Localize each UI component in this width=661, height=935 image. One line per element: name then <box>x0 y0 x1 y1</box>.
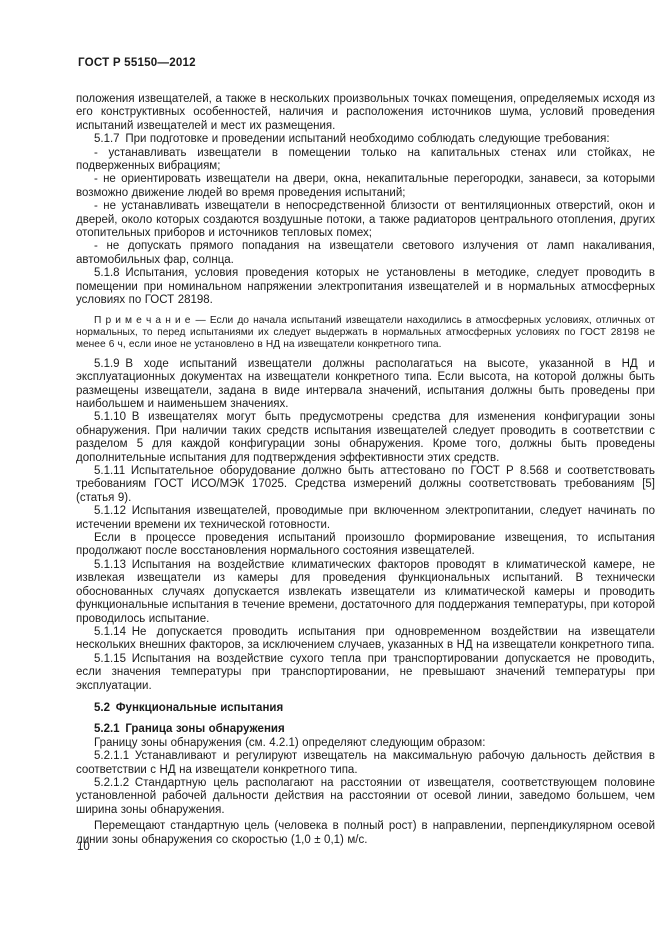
paragraph: 5.1.9 В ходе испытаний извещатели должны… <box>76 358 655 412</box>
paragraph: - не устанавливать извещатели в непосред… <box>76 200 655 240</box>
paragraph: - не допускать прямого попадания на изве… <box>76 240 655 267</box>
paragraph: 5.1.10 В извещателях могут быть предусмо… <box>76 411 655 465</box>
paragraph: Границу зоны обнаружения (см. 4.2.1) опр… <box>76 737 655 750</box>
paragraph: - устанавливать извещатели в помещении т… <box>76 147 655 174</box>
document-body: положения извещателей, а также в несколь… <box>76 93 655 847</box>
paragraph: 5.1.12 Испытания извещателей, проводимые… <box>76 505 655 532</box>
section-heading: 5.2.1 Граница зоны обнаружения <box>76 723 655 736</box>
paragraph: - не ориентировать извещатели на двери, … <box>76 173 655 200</box>
paragraph: 5.1.8 Испытания, условия проведения кото… <box>76 267 655 307</box>
page-number: 10 <box>77 841 90 854</box>
paragraph: 5.1.11 Испытательное оборудование должно… <box>76 465 655 505</box>
paragraph: 5.1.13 Испытания на воздействие климатич… <box>76 559 655 626</box>
paragraph: Если в процессе проведения испытаний про… <box>76 532 655 559</box>
paragraph: положения извещателей, а также в несколь… <box>76 93 655 133</box>
paragraph: 5.1.15 Испытания на воздействие сухого т… <box>76 653 655 693</box>
paragraph: Перемещают стандартную цель (человека в … <box>76 820 655 847</box>
paragraph: 5.2.1.2 Стандартную цель располагают на … <box>76 777 655 817</box>
paragraph: 5.1.7 При подготовке и проведении испыта… <box>76 133 655 146</box>
text-column: ГОСТ Р 55150—2012 положения извещателей,… <box>76 56 655 847</box>
document-page: ГОСТ Р 55150—2012 положения извещателей,… <box>0 0 661 935</box>
running-header: ГОСТ Р 55150—2012 <box>78 56 655 70</box>
paragraph: 5.2.1.1 Устанавливают и регулируют извещ… <box>76 750 655 777</box>
paragraph: 5.1.14 Не допускается проводить испытани… <box>76 626 655 653</box>
note-paragraph: П р и м е ч а н и е — Если до начала исп… <box>76 315 655 351</box>
section-heading: 5.2 Функциональные испытания <box>76 702 655 715</box>
